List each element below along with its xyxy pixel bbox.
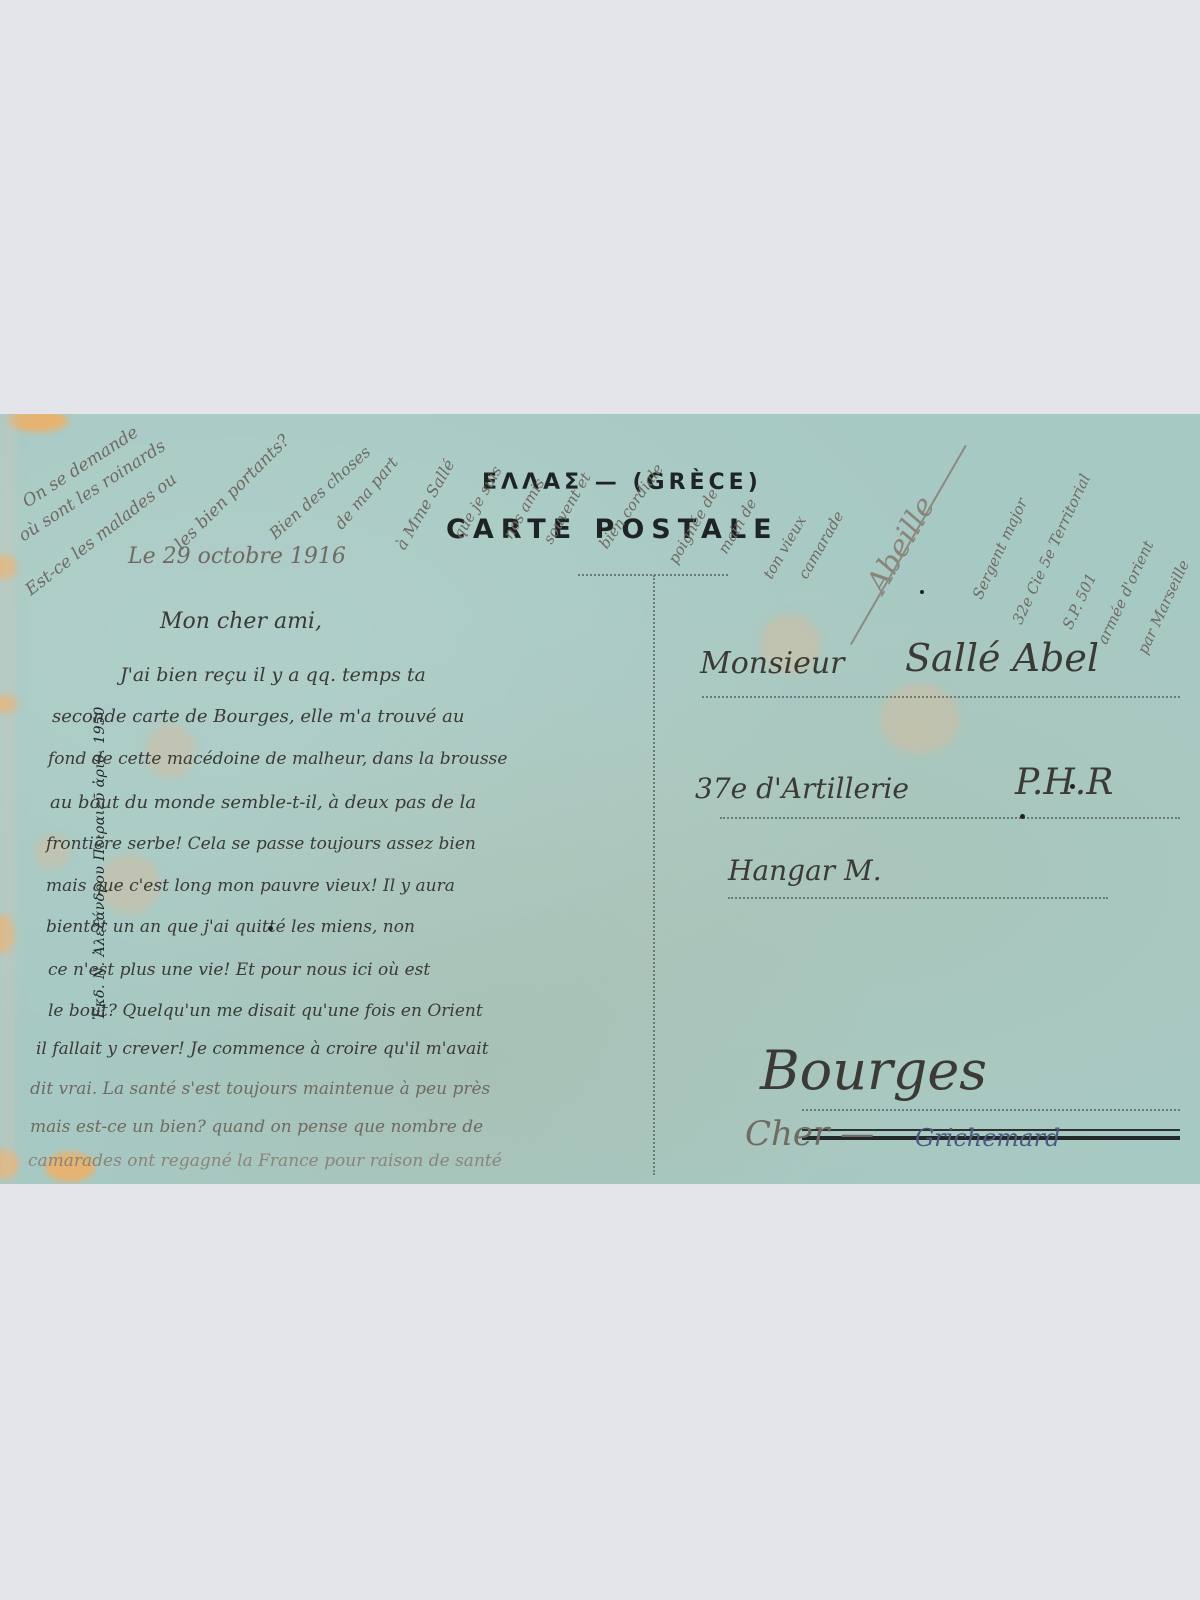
stain <box>0 414 14 1184</box>
recipient-name: Sallé Abel <box>905 636 1099 680</box>
center-divider <box>653 575 655 1175</box>
letter-line: fond de cette macédoine de malheur, dans… <box>48 749 507 769</box>
ink-speck <box>920 590 924 594</box>
ink-speck <box>268 926 273 931</box>
recipient-building: Hangar M. <box>728 854 882 887</box>
ink-speck <box>1070 784 1075 789</box>
letter-line: dit vrai. La santé s'est toujours mainte… <box>30 1079 490 1099</box>
letter-salutation: Mon cher ami, <box>160 609 322 634</box>
letter-date: Le 29 octobre 1916 <box>128 544 346 569</box>
letter-line: camarades ont regagné la France pour rai… <box>28 1151 502 1171</box>
recipient-city: Bourges <box>760 1039 987 1102</box>
address-line-rule <box>702 696 1180 698</box>
postcard-back: ΕΛΛΑΣ — (GRÈCE) CARTE POSTALE Ἐκδ. Ν. Ἀλ… <box>0 414 1200 1184</box>
letter-line: mais que c'est long mon pauvre vieux! Il… <box>46 876 455 896</box>
letter-line: mais est-ce un bien? quand on pense que … <box>30 1117 483 1137</box>
letter-line: frontière serbe! Cela se passe toujours … <box>46 834 476 854</box>
letter-line: il fallait y crever! Je commence à croir… <box>36 1039 489 1059</box>
recipient-title: Monsieur <box>700 646 845 681</box>
pencil-note: Grichemard <box>915 1124 1060 1152</box>
letter-line: le bout? Quelqu'un me disait qu'une fois… <box>48 1001 483 1021</box>
recipient-department: Cher — <box>745 1114 874 1154</box>
address-line-rule <box>728 897 1108 899</box>
letter-line: seconde carte de Bourges, elle m'a trouv… <box>52 706 464 727</box>
letter-line: bientôt un an que j'ai quitté les miens,… <box>46 917 415 937</box>
stain <box>8 414 68 432</box>
address-line-rule <box>802 1109 1180 1111</box>
signature-flourish <box>850 445 967 645</box>
letter-line: J'ai bien reçu il y a qq. temps ta <box>120 664 426 686</box>
sender-address-line: Sergent major <box>969 495 1031 602</box>
stain <box>880 684 960 754</box>
letter-line: ce n'est plus une vie! Et pour nous ici … <box>48 960 430 980</box>
recipient-section: P.H.R <box>1015 762 1113 803</box>
recipient-unit: 37e d'Artillerie <box>695 772 909 805</box>
letter-line: au bout du monde semble-t-il, à deux pas… <box>50 792 476 813</box>
sender-address-line: S.P. 501 <box>1059 570 1101 632</box>
ink-speck <box>1020 814 1025 819</box>
address-line-rule <box>720 817 1180 819</box>
